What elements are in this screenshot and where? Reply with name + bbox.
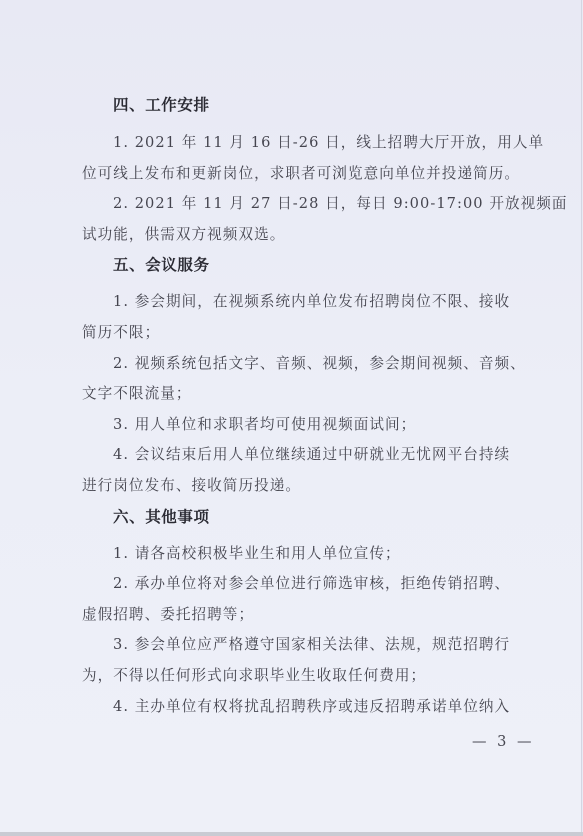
- paragraph-line: 1. 参会期间，在视频系统内单位发布招聘岗位不限、接收: [82, 287, 520, 318]
- section-heading-work-arrangement: 四、工作安排: [82, 90, 520, 128]
- page-number: — 3 —: [472, 734, 534, 750]
- document-page: 四、工作安排 1. 2021 年 11 月 16 日-26 日，线上招聘大厅开放…: [0, 0, 582, 832]
- paragraph-line: 3. 用人单位和求职者均可使用视频面试间；: [82, 410, 520, 441]
- paragraph-line: 虚假招聘、委托招聘等；: [82, 600, 520, 631]
- paragraph-line: 1. 2021 年 11 月 16 日-26 日，线上招聘大厅开放，用人单: [82, 128, 520, 159]
- paragraph-line: 4. 会议结束后用人单位继续通过中研就业无忧网平台持续: [82, 440, 520, 471]
- paragraph-line: 4. 主办单位有权将扰乱招聘秩序或违反招聘承诺单位纳入: [82, 692, 520, 723]
- paragraph-line: 3. 参会单位应严格遵守国家相关法律、法规，规范招聘行: [82, 630, 520, 661]
- document-body: 四、工作安排 1. 2021 年 11 月 16 日-26 日，线上招聘大厅开放…: [82, 90, 520, 722]
- paragraph-line: 2. 视频系统包括文字、音频、视频，参会期间视频、音频、: [82, 349, 520, 380]
- section-heading-meeting-services: 五、会议服务: [82, 250, 520, 287]
- paragraph-line: 为，不得以任何形式向求职毕业生收取任何费用；: [82, 661, 520, 692]
- section-heading-other-matters: 六、其他事项: [82, 502, 520, 539]
- paragraph-line: 文字不限流量；: [82, 379, 520, 410]
- paragraph-line: 简历不限；: [82, 318, 520, 349]
- paragraph-line: 2. 承办单位将对参会单位进行筛选审核，拒绝传销招聘、: [82, 569, 520, 600]
- paragraph-line: 1. 请各高校积极毕业生和用人单位宣传；: [82, 539, 520, 570]
- paragraph-line: 2. 2021 年 11 月 27 日-28 日，每日 9:00-17:00 开…: [82, 189, 520, 220]
- paragraph-line: 试功能，供需双方视频双选。: [82, 220, 520, 251]
- paragraph-line: 进行岗位发布、接收简历投递。: [82, 471, 520, 502]
- paragraph-line: 位可线上发布和更新岗位，求职者可浏览意向单位并投递简历。: [82, 159, 520, 190]
- page-bottom-edge: [0, 832, 583, 836]
